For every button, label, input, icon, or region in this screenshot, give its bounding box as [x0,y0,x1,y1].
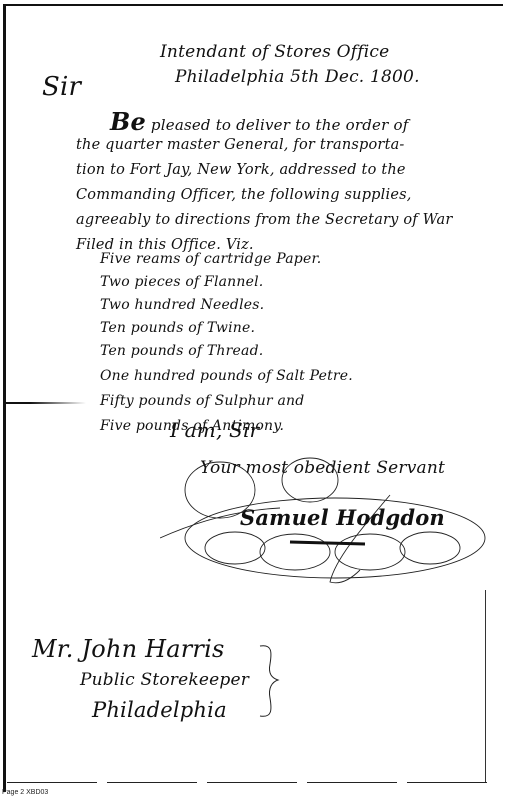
page-border-right [485,590,486,782]
addressee-name: Mr. John Harris [32,635,224,663]
addressee-city: Philadelphia [92,698,227,722]
fold-mark [6,402,86,404]
heading-place-date: Philadelphia 5th Dec. 1800. [175,67,420,87]
list-item: Two pieces of Flannel. [100,274,263,290]
list-item: Five reams of cartridge Paper. [100,251,321,267]
closing: I am, Sir [170,418,259,442]
page-border-left [3,4,6,792]
list-item: Two hundred Needles. [100,297,264,313]
list-item: Ten pounds of Twine. [100,320,255,336]
scanned-letter-page: Intendant of Stores Office Philadelphia … [0,0,505,800]
addressee-title: Public Storekeeper [80,670,249,690]
body-line-1-text: pleased to deliver to the order of [146,116,408,134]
signature: Samuel Hodgdon [240,505,445,530]
body-line-1: Be pleased to deliver to the order of [110,107,408,136]
heading-office: Intendant of Stores Office [160,42,389,62]
body-line-4: Commanding Officer, the following suppli… [76,187,412,203]
body-line-2: the quarter master General, for transpor… [76,137,405,153]
opening-emphasis: Be [110,107,146,136]
list-item: Fifty pounds of Sulphur and [100,393,304,409]
page-border-top [3,4,503,6]
page-footer-label: Page 2 XBD03 [2,789,48,796]
valediction: Your most obedient Servant [200,458,445,478]
list-item: One hundred pounds of Salt Petre. [100,368,353,384]
body-line-5: agreeably to directions from the Secreta… [76,212,453,228]
page-border-bottom [7,782,487,783]
list-item: Ten pounds of Thread. [100,343,263,359]
body-line-3: tion to Fort Jay, New York, addressed to… [76,162,406,178]
salutation: Sir [42,72,81,102]
brace-icon [258,640,288,722]
